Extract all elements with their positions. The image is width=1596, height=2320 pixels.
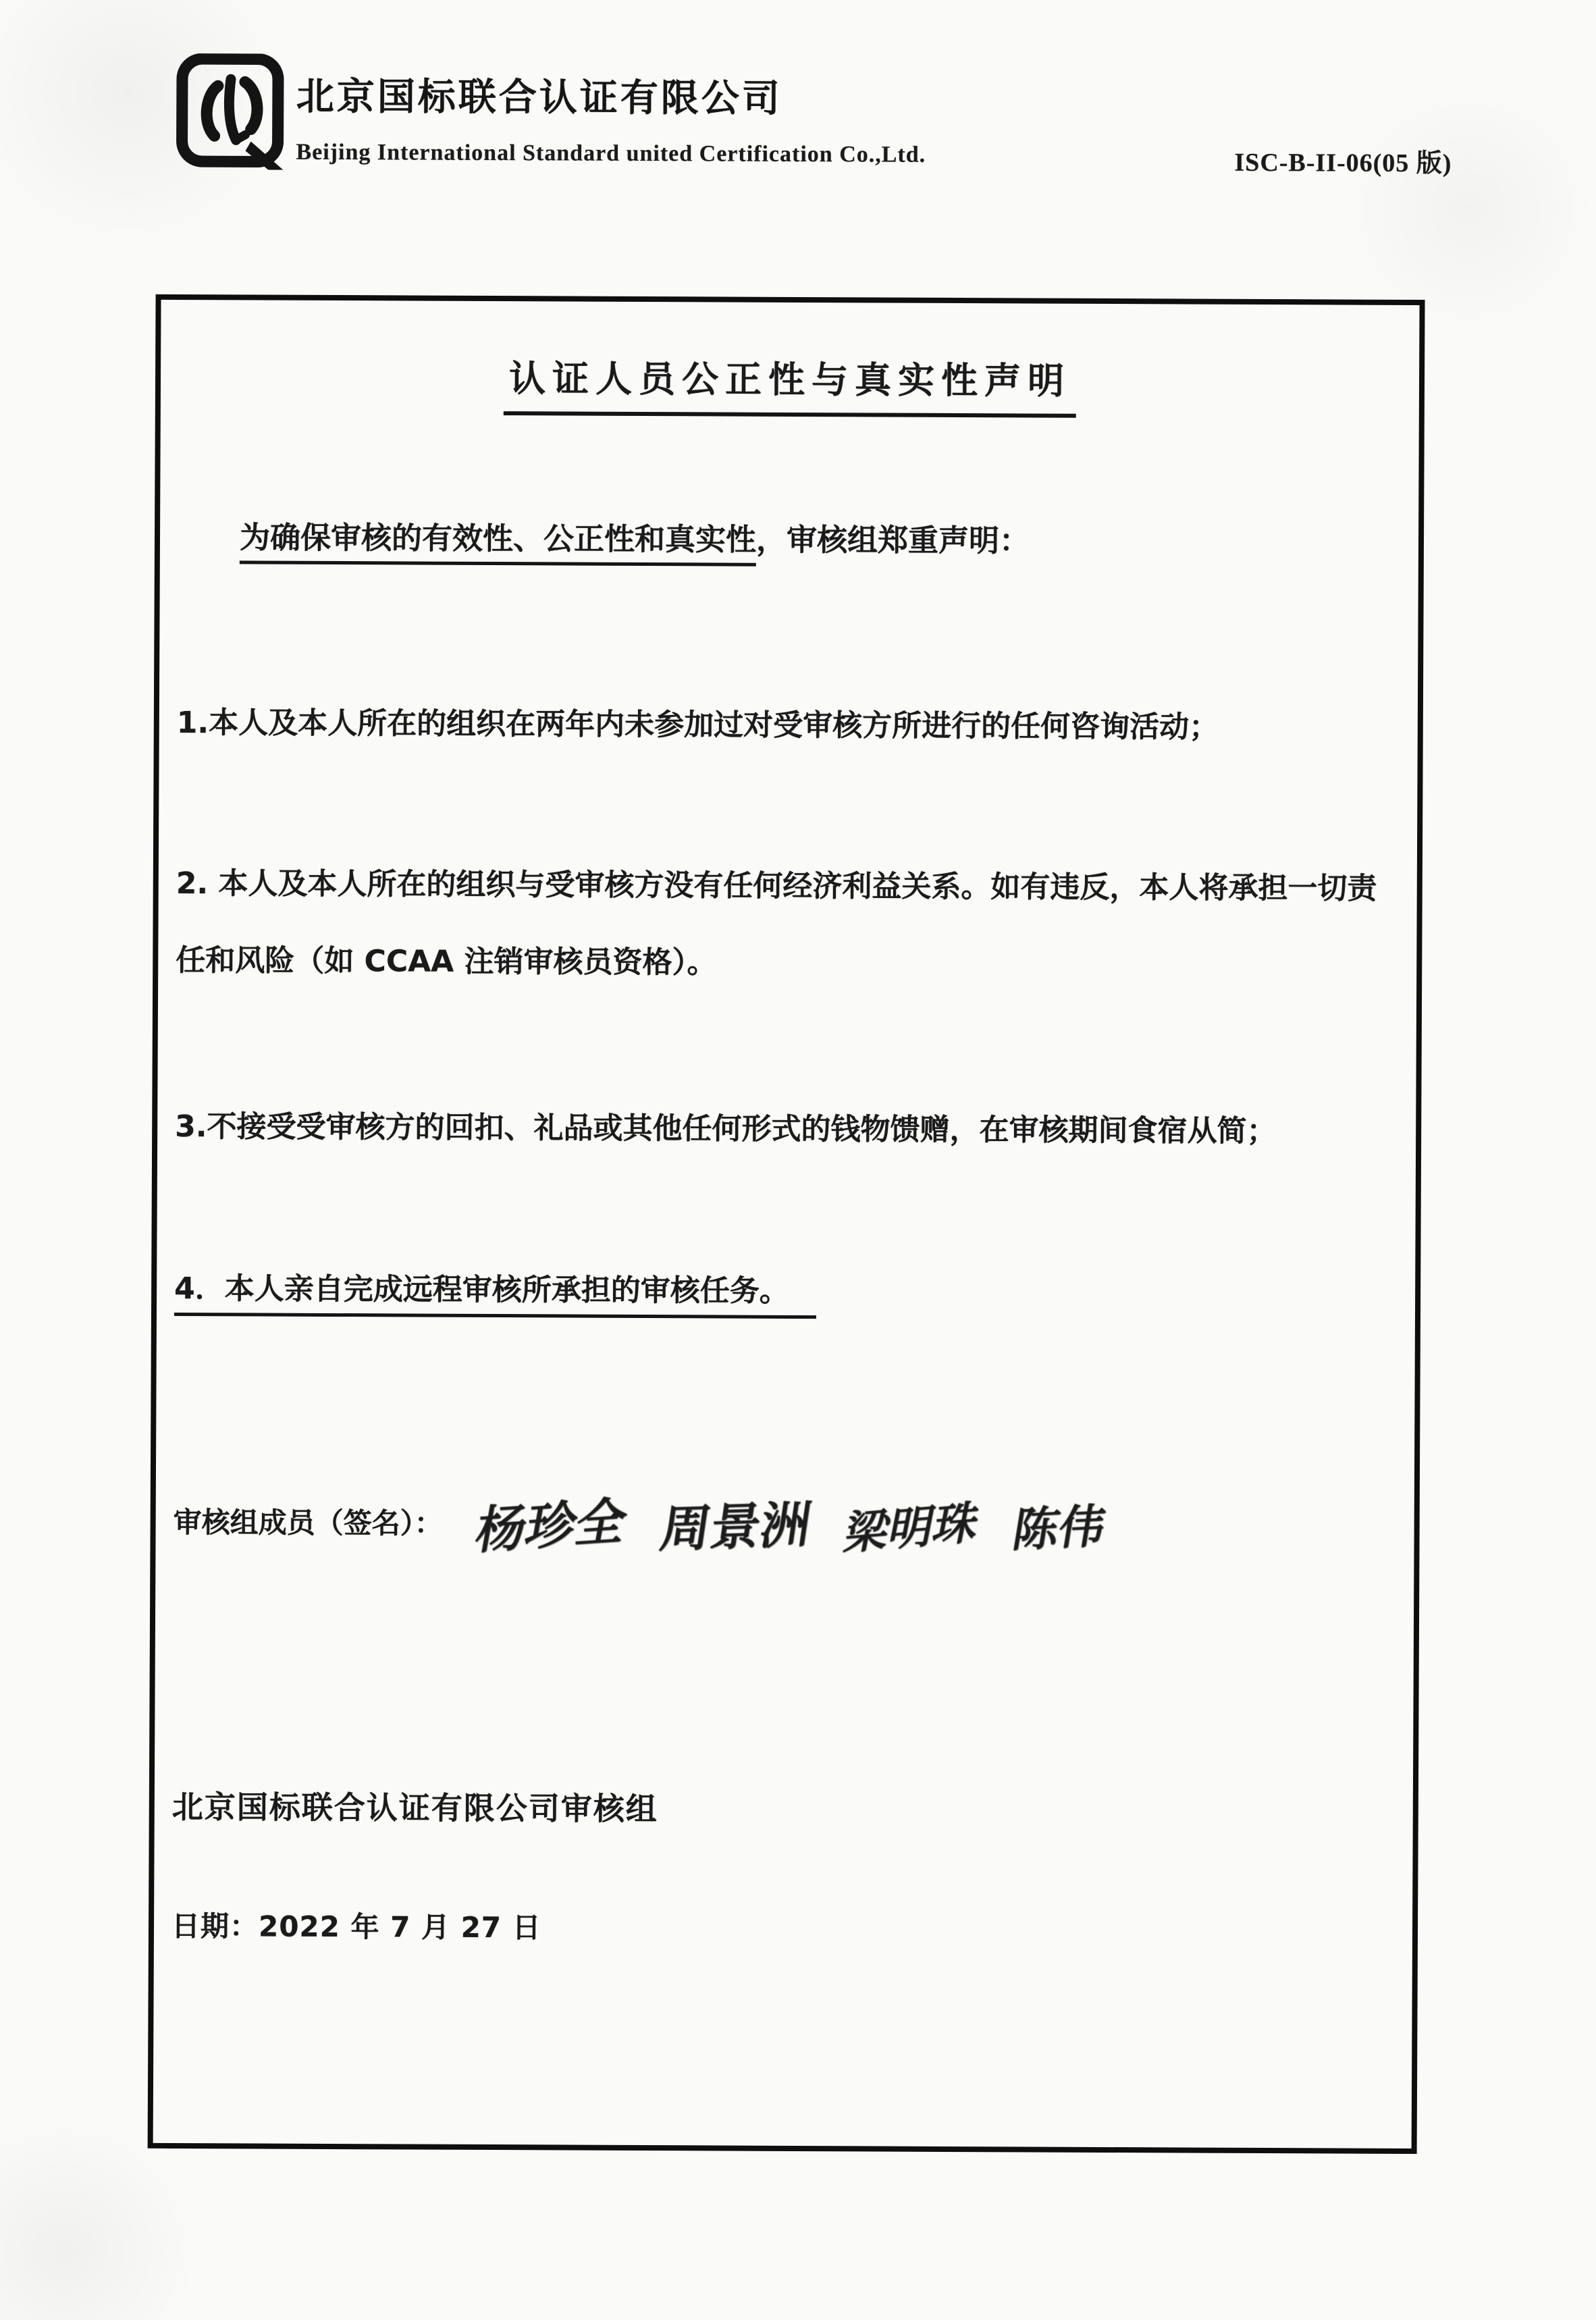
declaration-item-1: 1.本人及本人所在的组织在两年内未参加过对受审核方所进行的任何咨询活动； (177, 685, 1398, 767)
declaration-title-text: 认证人员公正性与真实性声明 (504, 350, 1076, 418)
company-name-en: Beijing International Standard united Ce… (296, 140, 926, 168)
handwritten-signature-2: 周景洲 (656, 1485, 816, 1561)
declaration-box: 认证人员公正性与真实性声明 为确保审核的有效性、公正性和真实性，审核组郑重声明：… (148, 294, 1425, 2154)
declaration-item-4-text: 4．本人亲自完成远程审核所承担的审核任务。 (174, 1271, 816, 1319)
scanned-document-page: 北京国标联合认证有限公司 Beijing International Stand… (0, 0, 1596, 2320)
intro-rest-text: ，审核组郑重声明： (756, 522, 1030, 559)
handwritten-signature-1: 杨珍全 (471, 1481, 633, 1563)
declaration-title: 认证人员公正性与真实性声明 (161, 348, 1419, 419)
declaration-item-2: 2. 本人及本人所在的组织与受审核方没有任何经济利益关系。如有违反，本人将承担一… (176, 845, 1397, 1005)
handwritten-signature-4: 陈伟 (1009, 1489, 1111, 1559)
intro-underlined-text: 为确保审核的有效性、公正性和真实性 (240, 519, 756, 566)
signature-label: 审核组成员（签名）： (174, 1500, 443, 1542)
signature-row: 审核组成员（签名）： 杨珍全 周景洲 梁明珠 陈伟 (173, 1485, 1393, 1562)
declaration-intro: 为确保审核的有效性、公正性和真实性，审核组郑重声明： (240, 515, 1385, 565)
declaration-item-4: 4．本人亲自完成远程审核所承担的审核任务。 (174, 1250, 1395, 1333)
form-code: ISC-B-II-06(05 版) (1234, 141, 1452, 179)
scan-content: 北京国标联合认证有限公司 Beijing International Stand… (0, 0, 1596, 2320)
company-name-zh: 北京国标联合认证有限公司 (296, 67, 926, 124)
isc-certification-logo-icon (175, 53, 289, 170)
audit-team-name: 北京国标联合认证有限公司审核组 (172, 1783, 658, 1829)
declaration-item-3: 3.不接受受审核方的回扣、礼品或其他任何形式的钱物馈赠，在审核期间食宿从简； (175, 1088, 1395, 1171)
date-line: 日期：2022 年 7 月 27 日 (171, 1904, 541, 1946)
handwritten-signature-3: 梁明珠 (840, 1485, 986, 1562)
company-header: 北京国标联合认证有限公司 Beijing International Stand… (296, 67, 926, 168)
